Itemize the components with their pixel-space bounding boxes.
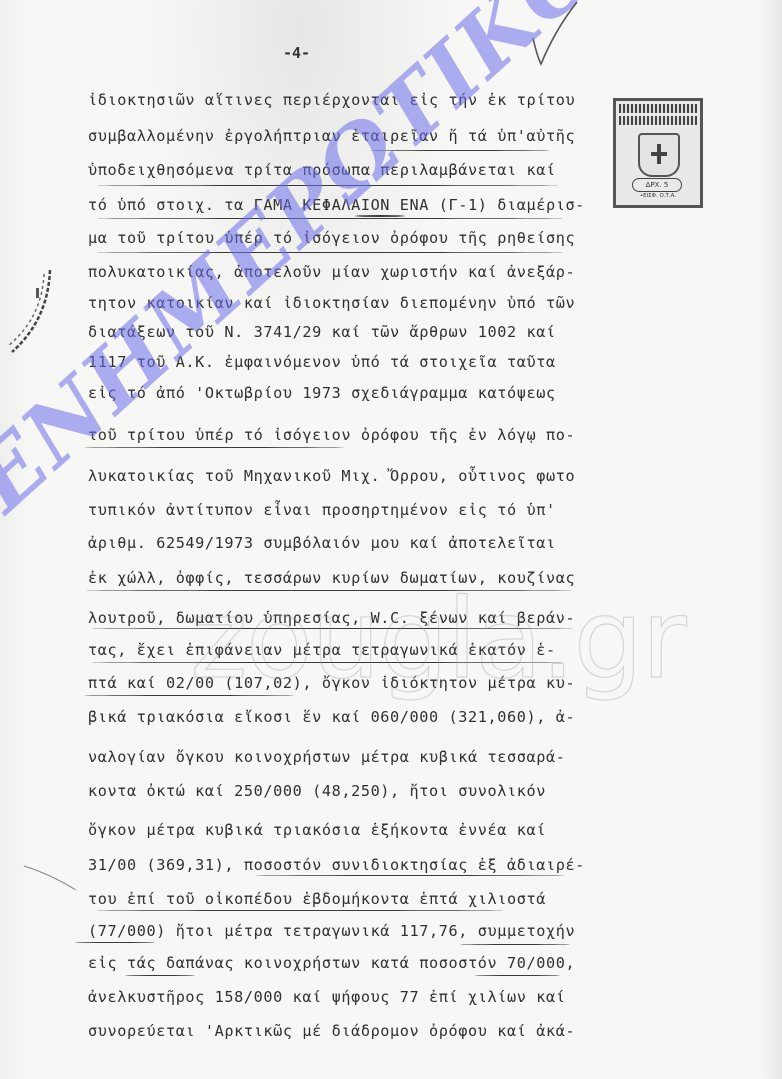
stamp-border-pattern: [619, 116, 697, 125]
text-line: εἰς τάς δαπάνας κοινοχρήστων κατά ποσοστ…: [88, 953, 575, 973]
text-line: τοῦ τρίτου ὑπέρ τό ἰσόγειον ὀρόφου τῆς ἐ…: [88, 425, 575, 445]
text-line: κοντα ὀκτώ καί 250/000 (48,250), ἤτοι συ…: [88, 781, 546, 801]
handwritten-underline: [460, 944, 570, 945]
text-line: βικά τριακόσια εἴκοσι ἕν καί 060/000 (32…: [88, 707, 575, 727]
margin-pencil-mark-icon: [20, 860, 80, 900]
handwritten-underline: [75, 942, 155, 943]
text-line: τυπικόν ἀντίτυπον εἶναι προσηρτημένον εἰ…: [88, 500, 556, 520]
handwritten-underline: [95, 910, 505, 911]
stamp-border-pattern: [619, 104, 697, 113]
handwritten-underline: [475, 975, 560, 976]
revenue-stamp: ΔΡΧ. 5 •ΕΙΣΦ. Ο.Τ.Α.: [613, 98, 703, 208]
text-line: του ἐπί τοῦ οἰκοπέδου ἑβδομήκοντα ἑπτά χ…: [88, 889, 546, 909]
page-number: -4-: [283, 44, 310, 62]
coat-of-arms-icon: [638, 133, 680, 177]
handwritten-underline: [125, 975, 195, 976]
margin-stamp-mark-icon: [0, 260, 60, 360]
handwritten-underline: [255, 875, 565, 876]
text-line: (77/000) ἤτοι μέτρα τετραγωνικά 117,76, …: [88, 921, 575, 941]
scanned-document-page: -4- ἰδιοκτησιῶν αἵτινες περιέρχονται εἰς…: [0, 0, 782, 1079]
site-watermark: zougla.gr: [190, 575, 685, 703]
text-line: ναλογίαν ὄγκου κοινοχρήστων μέτρα κυβικά…: [88, 747, 565, 767]
text-line: 31/00 (369,31), ποσοστόν συνιδιοκτησίας …: [88, 855, 585, 875]
stamp-value: ΔΡΧ. 5: [632, 178, 682, 192]
text-line: ὄγκον μέτρα κυβικά τριακόσια ἑξήκοντα ἐν…: [88, 820, 546, 840]
text-line: συνορεύεται 'Αρκτικῶς μέ διάδρομον ὀρόφο…: [88, 1021, 575, 1041]
handwritten-underline: [95, 252, 565, 253]
text-line: λυκατοικίας τοῦ Μηχανικοῦ Μιχ. Ὄρρου, οὗ…: [88, 466, 575, 486]
text-line: ἀνελκυστῆρος 158/000 καί ψήφους 77 ἐπί χ…: [88, 987, 565, 1007]
cross-icon: [651, 144, 667, 164]
handwritten-underline: [84, 447, 344, 448]
stamp-issuer: •ΕΙΣΦ. Ο.Τ.Α.: [616, 193, 700, 199]
text-line: ἀριθμ. 62549/1973 συμβόλαιόν μου καί ἀπο…: [88, 533, 556, 553]
